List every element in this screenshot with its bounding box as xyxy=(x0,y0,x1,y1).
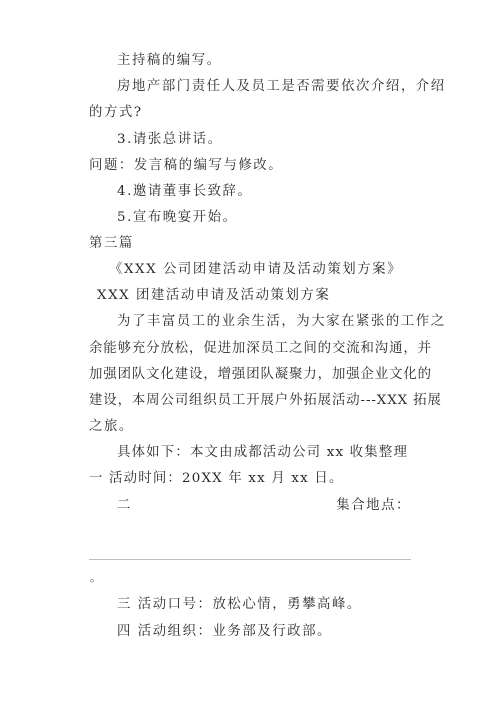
section-heading: 第三篇 xyxy=(89,235,411,253)
paragraph-line: 之旅。 xyxy=(89,418,411,436)
document-subtitle: XXX 团建活动申请及活动策划方案 xyxy=(89,287,411,305)
paragraph-line: 为了丰富员工的业余生活，为大家在紧张的工作之 xyxy=(89,313,411,331)
list-item: 5.宣布晚宴开始。 xyxy=(89,209,411,227)
paragraph-line: 余能够充分放松，促进加深员工之间的交流和沟通，并 xyxy=(89,340,411,358)
paragraph-line: 的方式? xyxy=(89,104,411,122)
activity-organizer: 四 活动组织：业务部及行政部。 xyxy=(89,623,411,641)
item-number: 二 xyxy=(117,497,132,515)
paragraph-line: 加强团队文化建设，增强团队凝聚力，加强企业文化的 xyxy=(89,366,411,384)
paragraph-line: 主持稿的编写。 xyxy=(89,52,411,70)
blank-underline xyxy=(89,559,411,560)
document-title: 《XXX 公司团建活动申请及活动策划方案》 xyxy=(89,261,411,279)
assembly-location-row: 二 集合地点： xyxy=(89,497,411,515)
list-item: 3.请张总讲话。 xyxy=(89,131,411,149)
assembly-location-label: 集合地点： xyxy=(336,497,411,515)
paragraph-line: 问题：发言稿的编写与修改。 xyxy=(89,157,411,175)
list-item: 4.邀请董事长致辞。 xyxy=(89,183,411,201)
activity-slogan: 三 活动口号：放松心情，勇攀高峰。 xyxy=(89,596,411,614)
period-mark: 。 xyxy=(89,569,412,587)
paragraph-line: 具体如下：本文由成都活动公司 xx 收集整理 xyxy=(89,444,411,462)
paragraph-line: 建设，本周公司组织员工开展户外拓展活动---XXX 拓展 xyxy=(89,392,411,410)
paragraph-line: 房地产部门责任人及员工是否需要依次介绍，介绍 xyxy=(89,78,411,96)
activity-time: 一 活动时间：20XX 年 xx 月 xx 日。 xyxy=(89,470,411,488)
